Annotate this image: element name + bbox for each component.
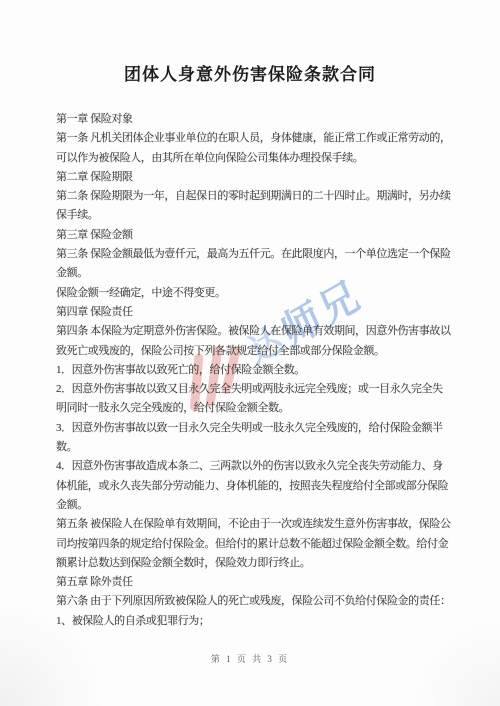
text-line: 明同时一肢永久完全残废的，给付保险金额全数。 [56, 399, 452, 418]
text-line: 第四条 本保险为定期意外伤害保险。被保险人在保险单有效期间，因意外伤害事故以 [56, 322, 452, 341]
page-footer: 第 1 页 共 3 页 [0, 652, 500, 665]
text-line: 数。 [56, 438, 452, 457]
text-line: 可以作为被保险人，由其所在单位向保险公司集体办理投保手续。 [56, 149, 452, 168]
text-line: 第三章 保险金额 [56, 226, 452, 245]
text-line: 3．因意外伤害事故以致一目永久完全失明或一肢永久完全残废的，给付保险金额半 [56, 419, 452, 438]
text-line: 司均按第四条的规定给付保险金。但给付的累计总数不能超过保险金额全数。给付金 [56, 535, 452, 554]
text-line: 第一条 凡机关团体企业事业单位的在职人员，身体健康，能正常工作或正常劳动的， [56, 129, 452, 148]
text-line: 第四章 保险责任 [56, 303, 452, 322]
text-line: 额累计总数达到保险金额全数时，保险效力即行终止。 [56, 554, 452, 573]
text-line: 第六条 由于下列原因所致被保险人的死亡或残废，保险公司不负给付保险金的责任： [56, 592, 452, 611]
text-line: 第五章 除外责任 [56, 573, 452, 592]
document-page: 达 师兄 团体人身意外伤害保险条款合同 第一章 保险对象第一条 凡机关团体企业事… [0, 0, 500, 706]
text-line: 保险金额一经确定，中途不得变更。 [56, 284, 452, 303]
text-line: 4．因意外伤害事故造成本条二、三两款以外的伤害以致永久完全丧失劳动能力、身 [56, 457, 452, 476]
text-line: 保手续。 [56, 206, 452, 225]
text-line: 第二条 保险期限为一年，自起保日的零时起到期满日的二十四时止。期满时，另办续 [56, 187, 452, 206]
text-line: 1．因意外伤害事故以致死亡的，给付保险金额全数。 [56, 361, 452, 380]
text-line: 1、被保险人的自杀或犯罪行为； [56, 612, 452, 631]
text-line: 第五条 被保险人在保险单有效期间，不论由于一次或连续发生意外伤害事故，保险公 [56, 515, 452, 534]
text-line: 第三条 保险金额最低为壹仟元，最高为五仟元。在此限度内，一个单位选定一个保险 [56, 245, 452, 264]
text-line: 金额。 [56, 264, 452, 283]
text-line: 2．因意外伤害事故以致又目永久完全失明或两肢永远完全残废；或一目永久完全失 [56, 380, 452, 399]
text-line: 金额。 [56, 496, 452, 515]
text-line: 第一章 保险对象 [56, 110, 452, 129]
text-line: 体机能，或永久丧失部分劳动能力、身体机能的，按照丧失程度给付全部或部分保险 [56, 477, 452, 496]
text-line: 致死亡或残废的，保险公司按下列各款规定给付全部或部分保险金额。 [56, 342, 452, 361]
text-line: 第二章 保险期限 [56, 168, 452, 187]
document-body: 第一章 保险对象第一条 凡机关团体企业事业单位的在职人员，身体健康，能正常工作或… [56, 110, 452, 631]
document-title: 团体人身意外伤害保险条款合同 [0, 60, 500, 85]
